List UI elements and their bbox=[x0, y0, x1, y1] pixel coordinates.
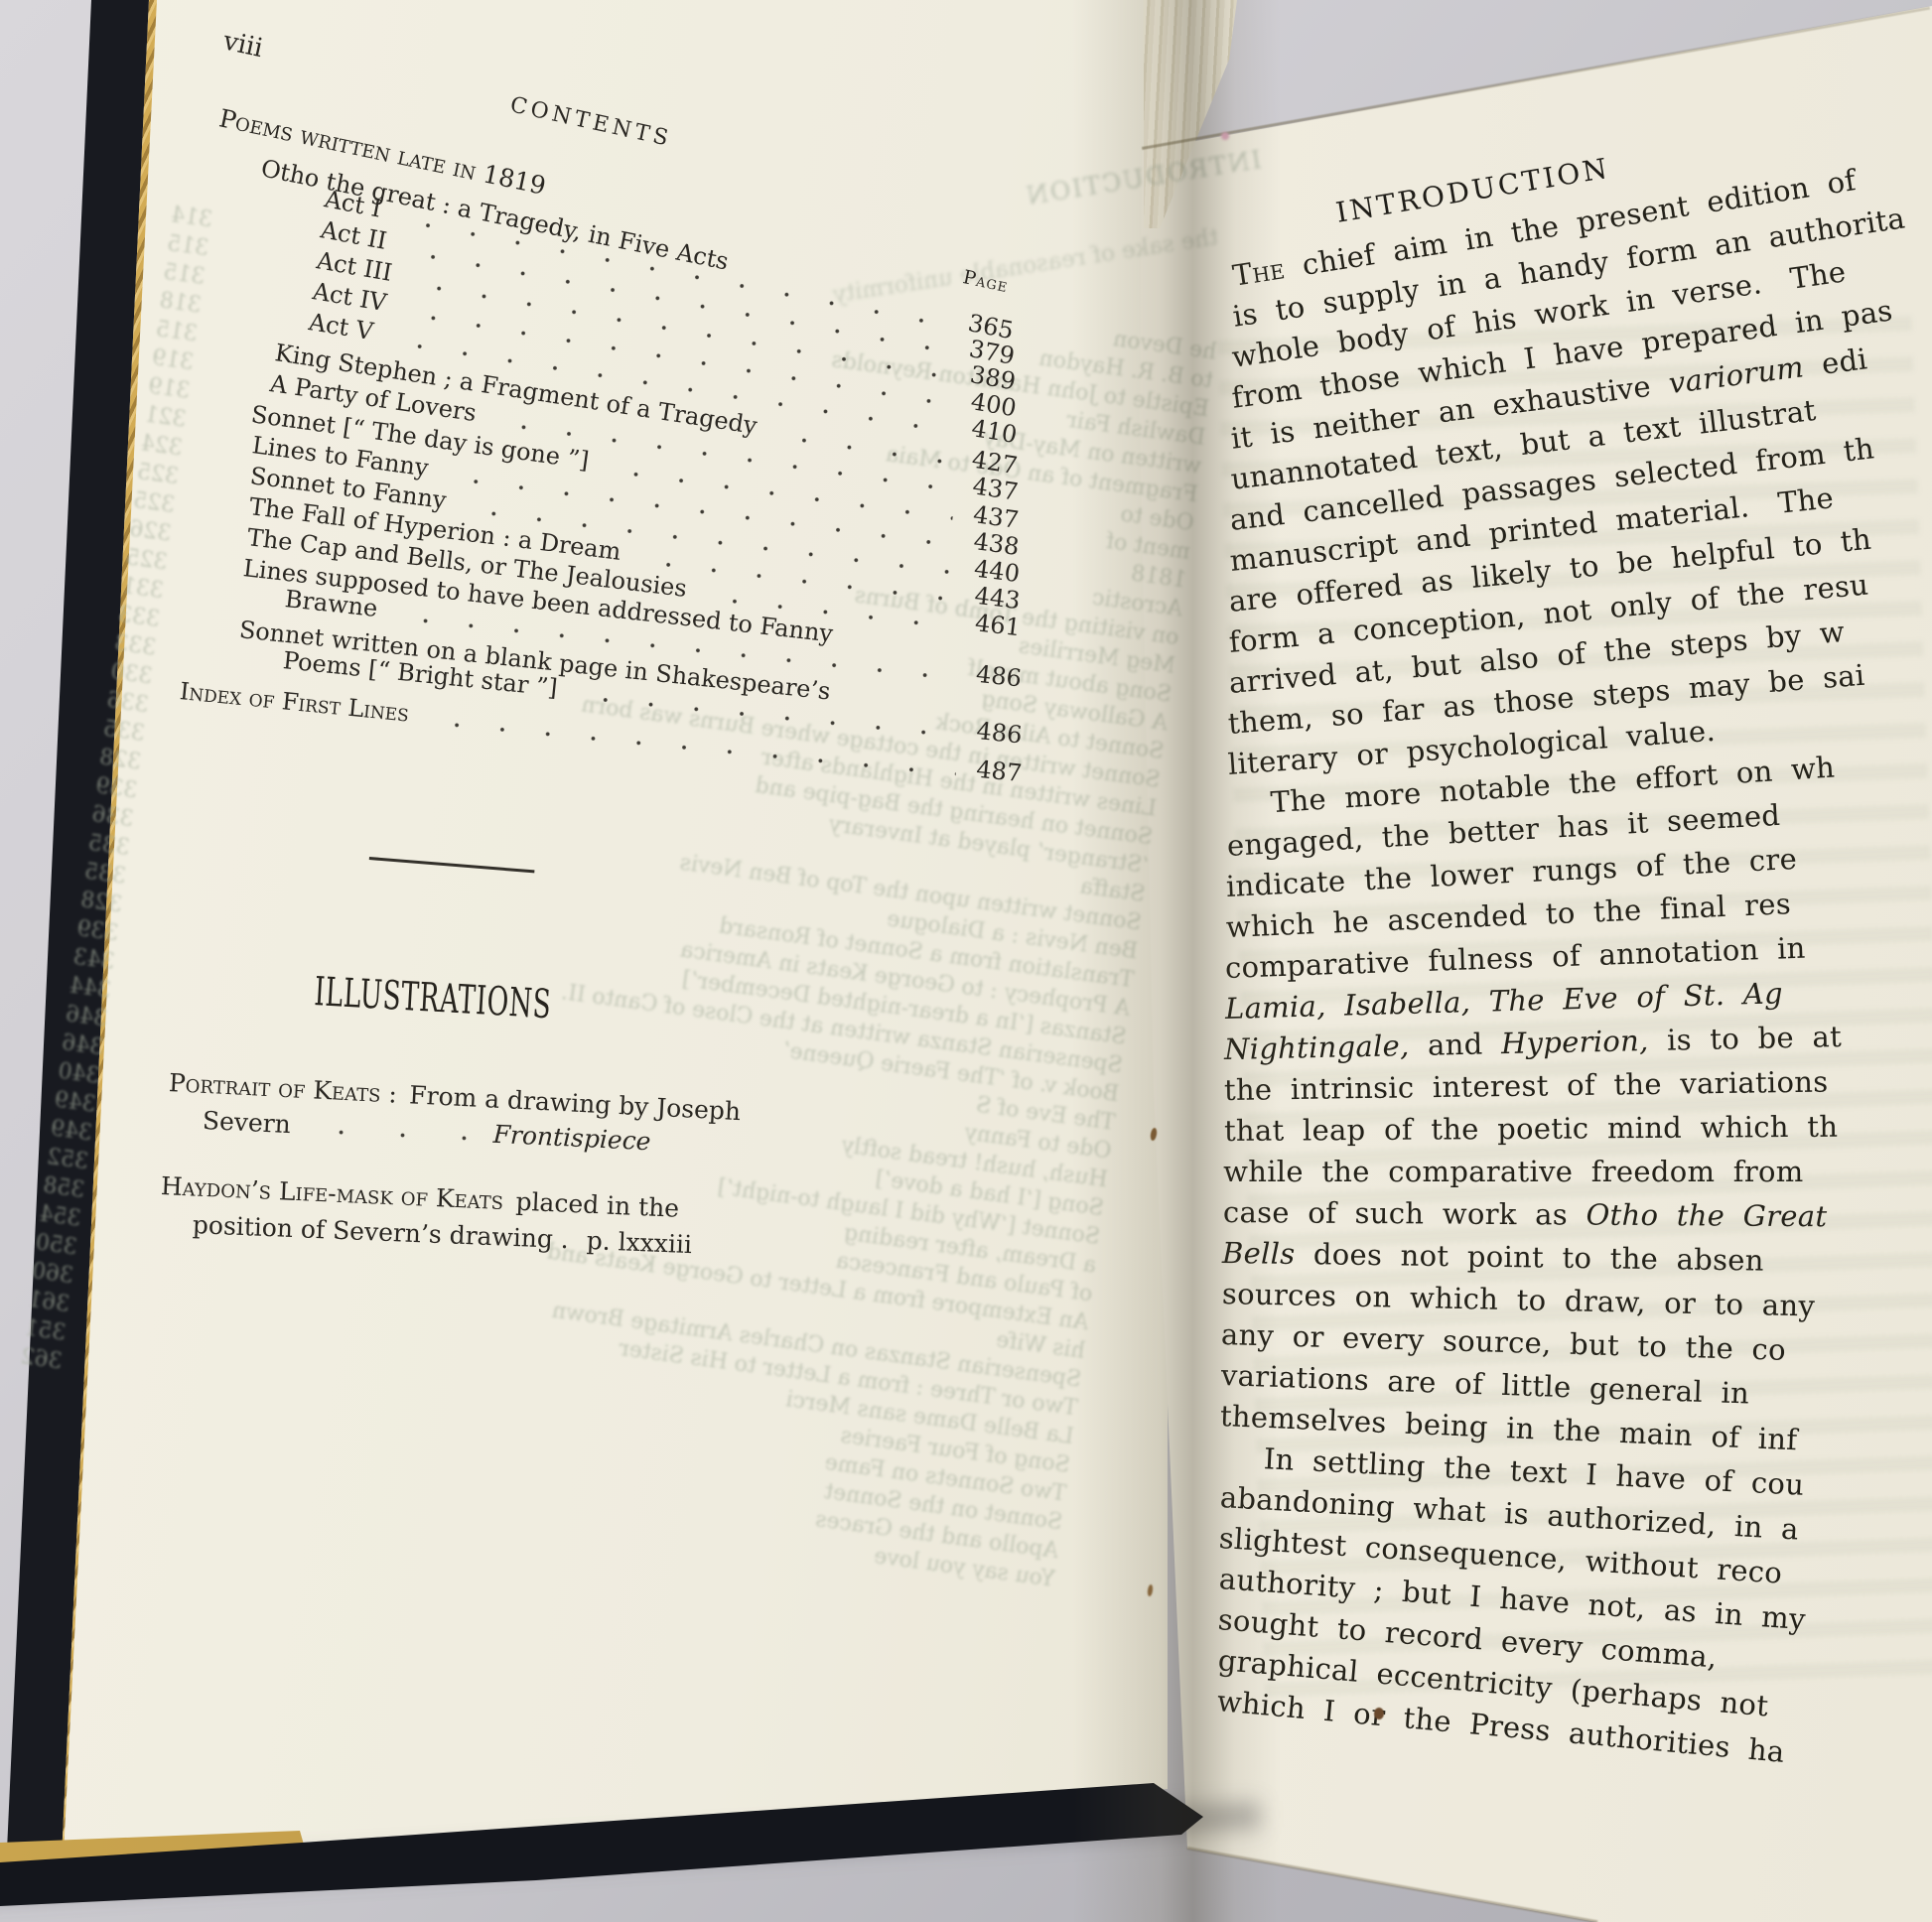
intro-line-italic-2: Hyperion, bbox=[1501, 1024, 1649, 1060]
bleed-through-page bbox=[12, 1421, 72, 1429]
gutter bbox=[1072, 0, 1281, 1922]
dot-leader bbox=[580, 1226, 581, 1255]
intro-text-block: The chief aim in the present edition of … bbox=[1223, 256, 1932, 1721]
toc-entry-page: 486 bbox=[963, 716, 1024, 750]
intro-line-text: while the comparative freedom from bbox=[1223, 1155, 1803, 1188]
intro-line-post: edi bbox=[1802, 342, 1869, 383]
intro-line: case of such work as Otho the Great bbox=[1223, 1192, 1932, 1238]
illustration-caption-continuation: Severn bbox=[202, 1106, 291, 1139]
toc-entry-page: 487 bbox=[963, 755, 1023, 788]
intro-line-post: is to be at bbox=[1649, 1020, 1843, 1057]
intro-line-text: that leap of the poetic mind which th bbox=[1223, 1110, 1838, 1148]
contents-block: viii CONTENTS Poems written late in 1819… bbox=[174, 26, 1026, 708]
contents-folio: viii bbox=[220, 26, 265, 64]
toc-entry-page: 486 bbox=[963, 658, 1024, 692]
dust-speck bbox=[1221, 132, 1229, 140]
intro-line: that leap of the poetic mind which th bbox=[1223, 1106, 1932, 1152]
illustration-page-ref: p. lxxxiii bbox=[586, 1226, 692, 1259]
contents-title: CONTENTS bbox=[508, 92, 674, 152]
intro-line-italic: Otho the Great bbox=[1586, 1198, 1827, 1234]
bleed-through-page bbox=[16, 1392, 76, 1400]
toc-entries: Otho the great : a Tragedy, in Five Acts… bbox=[174, 154, 1026, 708]
intro-line-text: the intrinsic interest of the variations bbox=[1224, 1065, 1829, 1107]
dust-speck bbox=[1374, 1708, 1384, 1719]
intro-line-mid: and bbox=[1410, 1027, 1502, 1062]
intro-line: while the comparative freedom from bbox=[1223, 1152, 1932, 1192]
book-photo: he Devon 314 to B. R. Haydon 315 Epistle… bbox=[0, 0, 1932, 1922]
bleed-through-page bbox=[9, 1448, 69, 1456]
page-column-label: Page bbox=[961, 266, 1011, 297]
intro-line-post: does not point to the absen bbox=[1295, 1237, 1764, 1278]
